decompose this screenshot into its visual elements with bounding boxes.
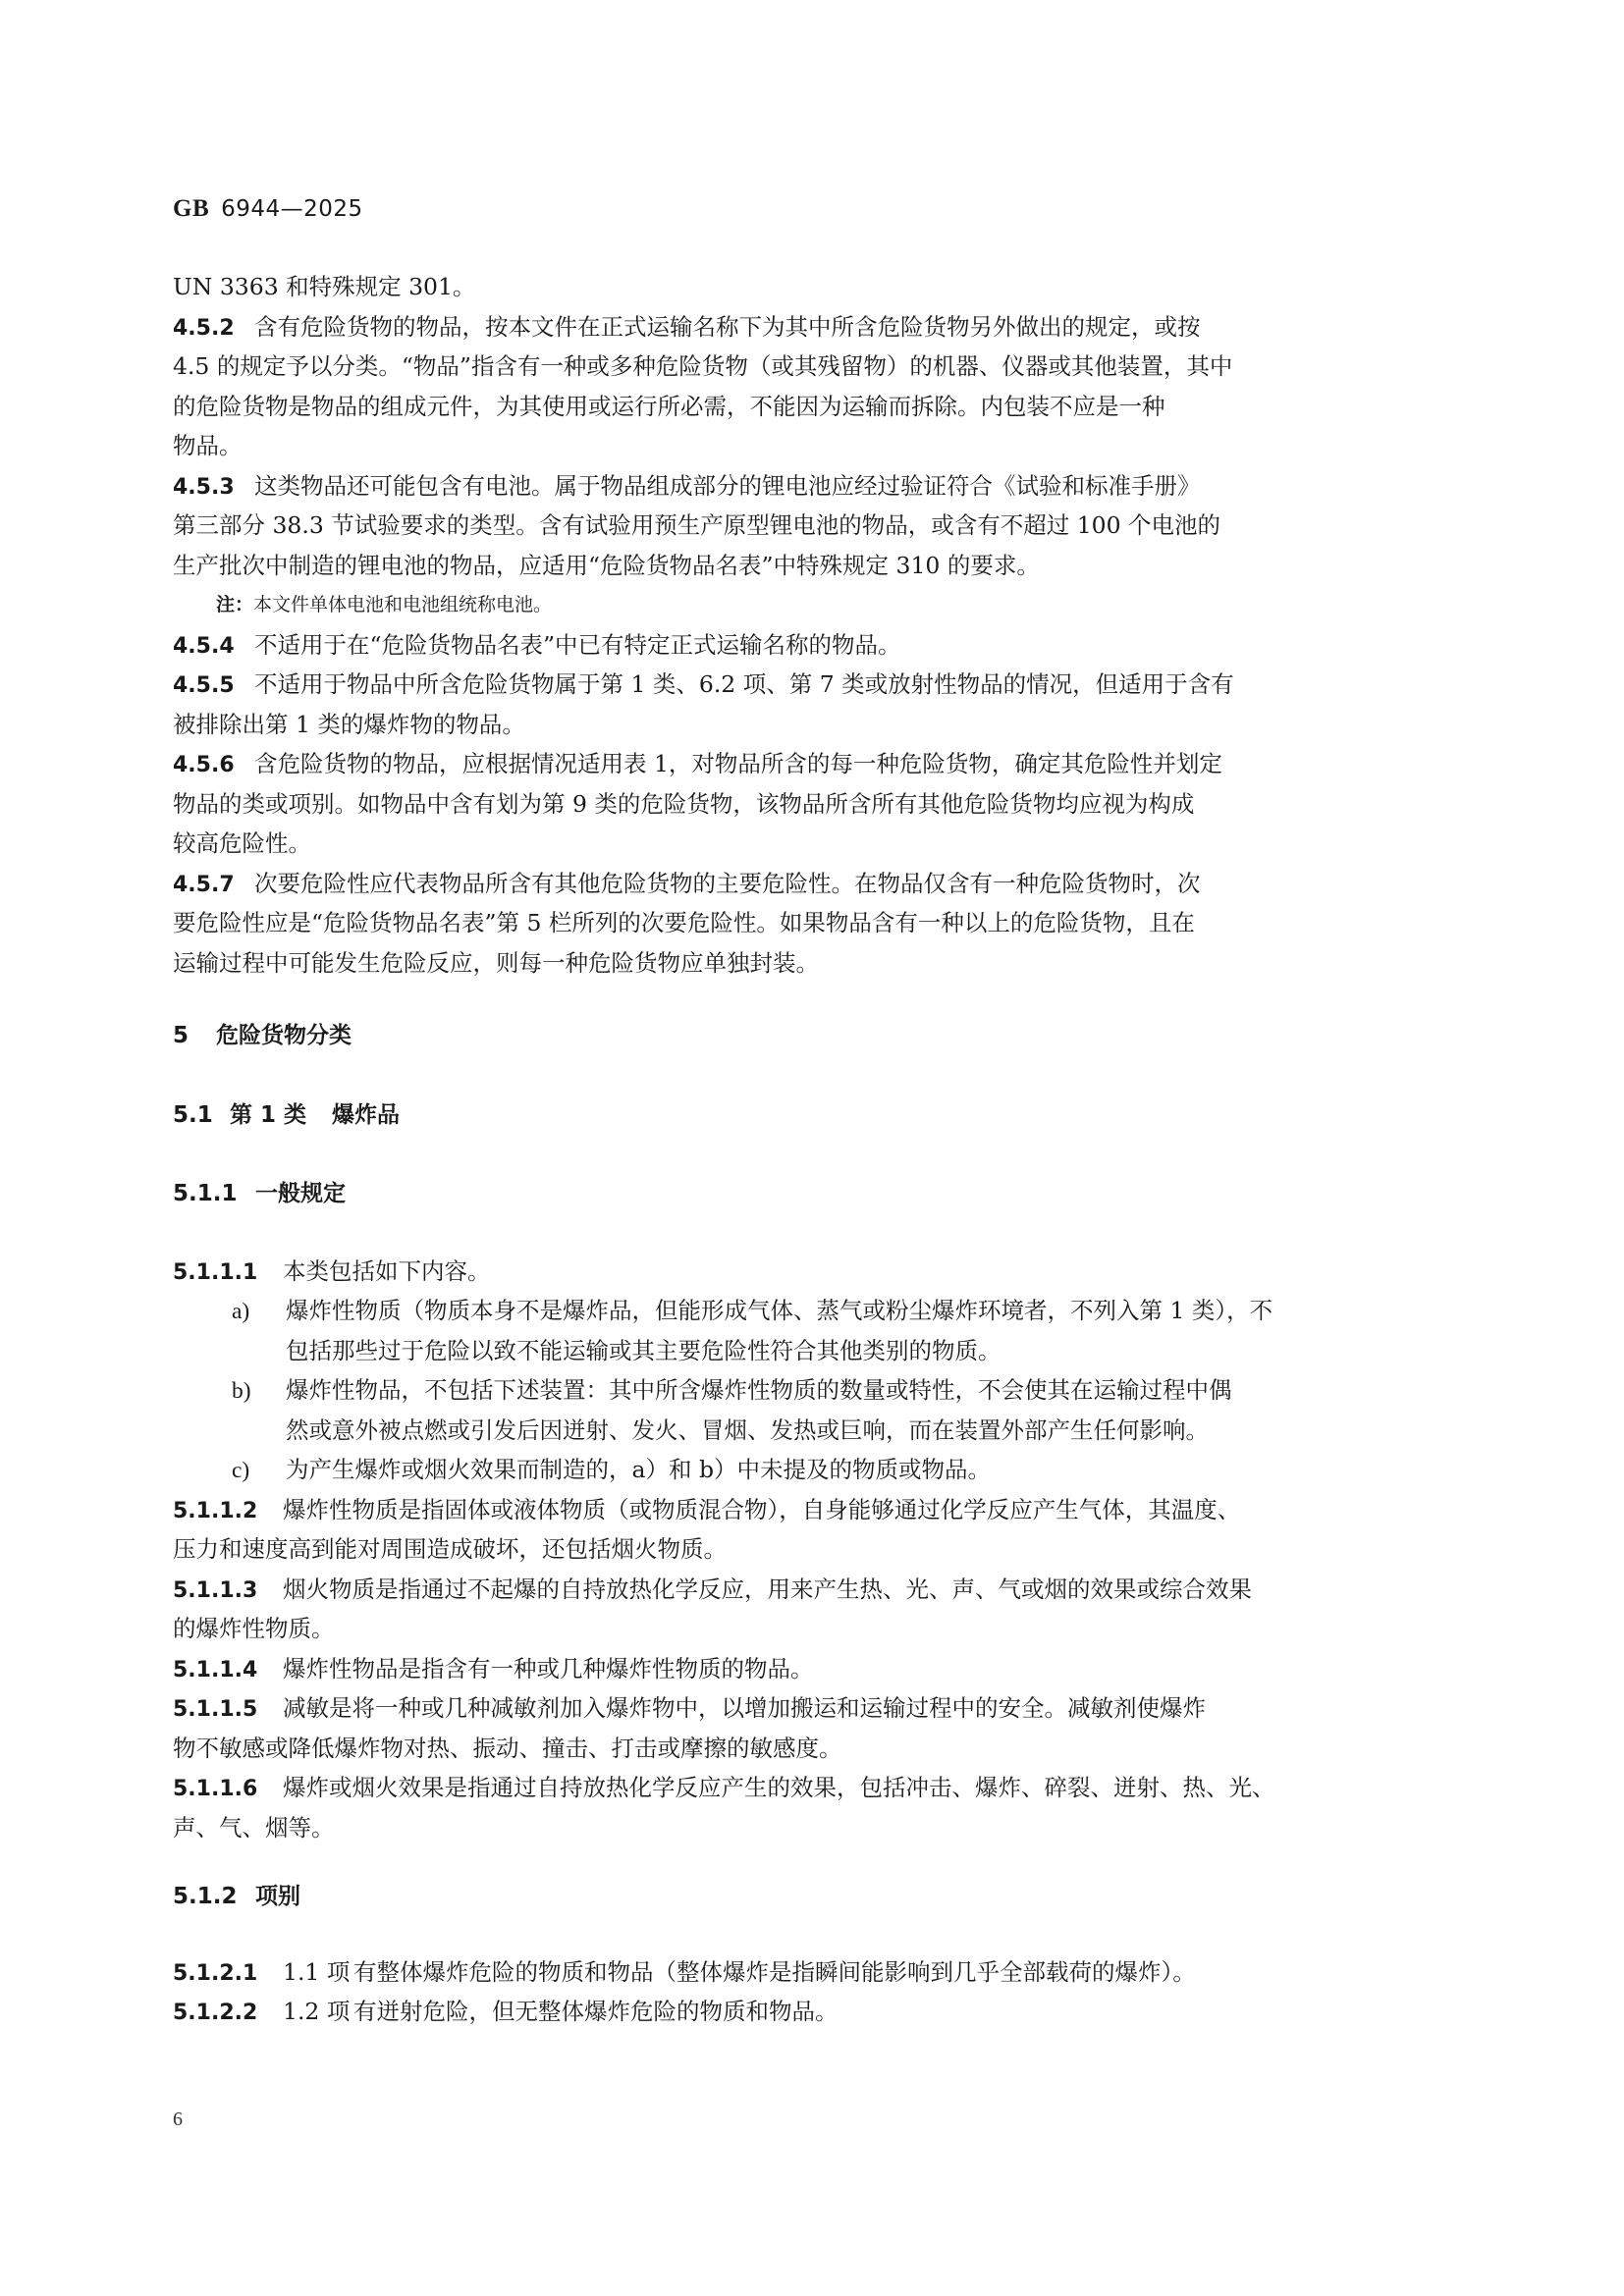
section-title: 项别 xyxy=(255,1884,300,1909)
clause-text: 的爆炸性物质。 xyxy=(173,1609,1449,1649)
chapter-title: 危险货物分类 xyxy=(216,1023,352,1048)
list-item-a: a)爆炸性物质（物质本身不是爆炸品，但能形成气体、蒸气或粉尘爆炸环境者，不列入第… xyxy=(173,1291,1449,1331)
clause-text: 爆炸或烟火效果是指通过自持放热化学反应产生的效果，包括冲击、爆炸、碎裂、迸射、热… xyxy=(283,1774,1275,1801)
clause-text: 第三部分 38.3 节试验要求的类型。含有试验用预生产原型锂电池的物品，或含有不… xyxy=(173,506,1449,546)
clause-text: 爆炸性物质是指固体或液体物质（或物质混合物），自身能够通过化学反应产生气体，其温… xyxy=(283,1496,1240,1523)
clause-4-5-7: 4.5.7次要危险性应代表物品所含有其他危险货物的主要危险性。在物品仅含有一种危… xyxy=(173,864,1449,984)
clause-text: 不适用于在“危险货物品名表”中已有特定正式运输名称的物品。 xyxy=(254,631,901,659)
section-number: 5.1 xyxy=(173,1095,230,1136)
clause-text: 声、气、烟等。 xyxy=(173,1808,1449,1848)
clause-text: 爆炸性物品是指含有一种或几种爆炸性物质的物品。 xyxy=(283,1655,814,1682)
clause-4-5-2: 4.5.2含有危险货物的物品，按本文件在正式运输名称下为其中所含危险货物另外做出… xyxy=(173,307,1449,466)
clause-5-1-1-5: 5.1.1.5减敏是将一种或几种减敏剂加入爆炸物中，以增加搬运和运输过程中的安全… xyxy=(173,1688,1449,1768)
clause-5-1-1-1: 5.1.1.1本类包括如下内容。 a)爆炸性物质（物质本身不是爆炸品，但能形成气… xyxy=(173,1252,1449,1490)
clause-number: 4.5.5 xyxy=(173,667,254,707)
page-number: 6 xyxy=(173,2109,183,2131)
section-number: 5.1.1 xyxy=(173,1174,255,1214)
list-text: 爆炸性物品，不包括下述装置：其中所含爆炸性物质的数量或特性，不会使其在运输过程中… xyxy=(286,1376,1232,1404)
clause-text: 物品。 xyxy=(173,426,1449,466)
clause-number: 4.5.6 xyxy=(173,746,254,786)
list-item-b: b)爆炸性物品，不包括下述装置：其中所含爆炸性物质的数量或特性，不会使其在运输过… xyxy=(173,1370,1449,1411)
document-page: GB6944—2025 UN 3363 和特殊规定 301。 4.5.2含有危险… xyxy=(0,0,1624,2296)
note-text: 本文件单体电池和电池组统称电池。 xyxy=(253,594,552,615)
standard-number: 6944—2025 xyxy=(221,196,363,222)
section-title: 爆炸品 xyxy=(332,1102,400,1128)
clause-text: 含危险货物的物品，应根据情况适用表 1，对物品所含的每一种危险货物，确定其危险性… xyxy=(254,750,1222,777)
standard-header: GB6944—2025 xyxy=(173,194,363,223)
clause-number: 4.5.3 xyxy=(173,468,254,508)
list-text: 包括那些过于危险以致不能运输或其主要危险性符合其他类别的物质。 xyxy=(173,1331,1449,1371)
division-label: 1.1 项 xyxy=(283,1952,353,1993)
clause-text: 被排除出第 1 类的爆炸物的物品。 xyxy=(173,705,1449,745)
clause-text: 生产批次中制造的锂电池的物品，应适用“危险货物品名表”中特殊规定 310 的要求… xyxy=(173,546,1449,586)
clause-5-1-2-2: 5.1.2.21.2 项有迸射危险，但无整体爆炸危险的物质和物品。 xyxy=(173,1992,1449,2032)
list-label: b) xyxy=(232,1371,286,1412)
clause-text: 物不敏感或降低爆炸物对热、振动、撞击、打击或摩擦的敏感度。 xyxy=(173,1729,1449,1769)
note: 注：本文件单体电池和电池组统称电池。 xyxy=(173,585,1449,625)
section-heading-5-1-1: 5.1.1一般规定 xyxy=(173,1174,1449,1214)
clause-text: 有迸射危险，但无整体爆炸危险的物质和物品。 xyxy=(353,1998,839,2025)
clause-5-1-1-2: 5.1.1.2爆炸性物质是指固体或液体物质（或物质混合物），自身能够通过化学反应… xyxy=(173,1490,1449,1570)
standard-prefix: GB xyxy=(173,195,209,222)
class-label: 第 1 类 xyxy=(230,1102,306,1128)
clause-number: 5.1.1.6 xyxy=(173,1770,283,1810)
clause-5-1-1-6: 5.1.1.6爆炸或烟火效果是指通过自持放热化学反应产生的效果，包括冲击、爆炸、… xyxy=(173,1768,1449,1847)
list-text: 爆炸性物质（物质本身不是爆炸品，但能形成气体、蒸气或粉尘爆炸环境者，不列入第 1… xyxy=(286,1297,1272,1324)
clause-number: 5.1.1.2 xyxy=(173,1492,283,1532)
clause-5-1-1-3: 5.1.1.3烟火物质是指通过不起爆的自持放热化学反应，用来产生热、光、声、气或… xyxy=(173,1570,1449,1649)
list-text: 然或意外被点燃或引发后因迸射、发火、冒烟、发热或巨响，而在装置外部产生任何影响。 xyxy=(173,1411,1449,1451)
clause-text: 要危险性应是“危险货物品名表”第 5 栏所列的次要危险性。如果物品含有一种以上的… xyxy=(173,903,1449,943)
clause-text: 含有危险货物的物品，按本文件在正式运输名称下为其中所含危险货物另外做出的规定，或… xyxy=(254,313,1201,341)
clause-4-5-6: 4.5.6含危险货物的物品，应根据情况适用表 1，对物品所含的每一种危险货物，确… xyxy=(173,744,1449,864)
list-label: a) xyxy=(232,1292,286,1332)
clause-text: 较高危险性。 xyxy=(173,824,1449,864)
list-item-c: c)为产生爆炸或烟火效果而制造的，a）和 b）中未提及的物质或物品。 xyxy=(173,1450,1449,1490)
clause-number: 4.5.2 xyxy=(173,309,254,349)
list-label: c) xyxy=(232,1451,286,1491)
clause-number: 4.5.4 xyxy=(173,627,254,667)
clause-text: 运输过程中可能发生危险反应，则每一种危险货物应单独封装。 xyxy=(173,943,1449,984)
document-body: UN 3363 和特殊规定 301。 4.5.2含有危险货物的物品，按本文件在正… xyxy=(173,267,1449,2032)
clause-text: 次要危险性应代表物品所含有其他危险货物的主要危险性。在物品仅含有一种危险货物时，… xyxy=(254,870,1201,897)
note-label: 注： xyxy=(216,594,253,615)
list-text: 为产生爆炸或烟火效果而制造的，a）和 b）中未提及的物质或物品。 xyxy=(286,1456,991,1483)
clause-5-1-1-4: 5.1.1.4爆炸性物品是指含有一种或几种爆炸性物质的物品。 xyxy=(173,1649,1449,1689)
clause-number: 5.1.2.1 xyxy=(173,1954,283,1995)
section-heading-5-1: 5.1第 1 类爆炸品 xyxy=(173,1095,1449,1136)
clause-4-5-4: 4.5.4不适用于在“危险货物品名表”中已有特定正式运输名称的物品。 xyxy=(173,625,1449,666)
section-title: 一般规定 xyxy=(255,1181,346,1206)
clause-number: 5.1.1.4 xyxy=(173,1651,283,1691)
chapter-heading: 5危险货物分类 xyxy=(173,1016,1449,1056)
section-heading-5-1-2: 5.1.2项别 xyxy=(173,1877,1449,1917)
section-number: 5.1.2 xyxy=(173,1877,255,1917)
clause-text: 这类物品还可能包含有电池。属于物品组成部分的锂电池应经过验证符合《试验和标准手册… xyxy=(254,472,1201,500)
clause-number: 5.1.1.1 xyxy=(173,1254,283,1294)
clause-text: 有整体爆炸危险的物质和物品（整体爆炸是指瞬间能影响到几乎全部载荷的爆炸）。 xyxy=(353,1958,1196,1986)
clause-number: 5.1.1.5 xyxy=(173,1690,283,1731)
clause-4-5-3: 4.5.3这类物品还可能包含有电池。属于物品组成部分的锂电池应经过验证符合《试验… xyxy=(173,466,1449,586)
clause-5-1-2-1: 5.1.2.11.1 项有整体爆炸危险的物质和物品（整体爆炸是指瞬间能影响到几乎… xyxy=(173,1952,1449,1993)
chapter-number: 5 xyxy=(173,1016,216,1056)
continuation-line: UN 3363 和特殊规定 301。 xyxy=(173,267,1449,307)
clause-number: 4.5.7 xyxy=(173,866,254,906)
clause-4-5-5: 4.5.5不适用于物品中所含危险货物属于第 1 类、6.2 项、第 7 类或放射… xyxy=(173,665,1449,744)
clause-text: 4.5 的规定予以分类。“物品”指含有一种或多种危险货物（或其残留物）的机器、仪… xyxy=(173,347,1449,387)
clause-text: 压力和速度高到能对周围造成破坏，还包括烟火物质。 xyxy=(173,1529,1449,1570)
clause-text: 减敏是将一种或几种减敏剂加入爆炸物中，以增加搬运和运输过程中的安全。减敏剂使爆炸 xyxy=(283,1694,1206,1722)
clause-number: 5.1.1.3 xyxy=(173,1572,283,1612)
clause-number: 5.1.2.2 xyxy=(173,1994,283,2034)
division-label: 1.2 项 xyxy=(283,1992,353,2032)
clause-text: 不适用于物品中所含危险货物属于第 1 类、6.2 项、第 7 类或放射性物品的情… xyxy=(254,670,1234,698)
clause-text: 的危险货物是物品的组成元件，为其使用或运行所必需，不能因为运输而拆除。内包装不应… xyxy=(173,387,1449,427)
clause-text: 物品的类或项别。如物品中含有划为第 9 类的危险货物，该物品所含所有其他危险货物… xyxy=(173,784,1449,825)
clause-text: 烟火物质是指通过不起爆的自持放热化学反应，用来产生热、光、声、气或烟的效果或综合… xyxy=(283,1575,1252,1603)
clause-text: 本类包括如下内容。 xyxy=(283,1257,491,1285)
